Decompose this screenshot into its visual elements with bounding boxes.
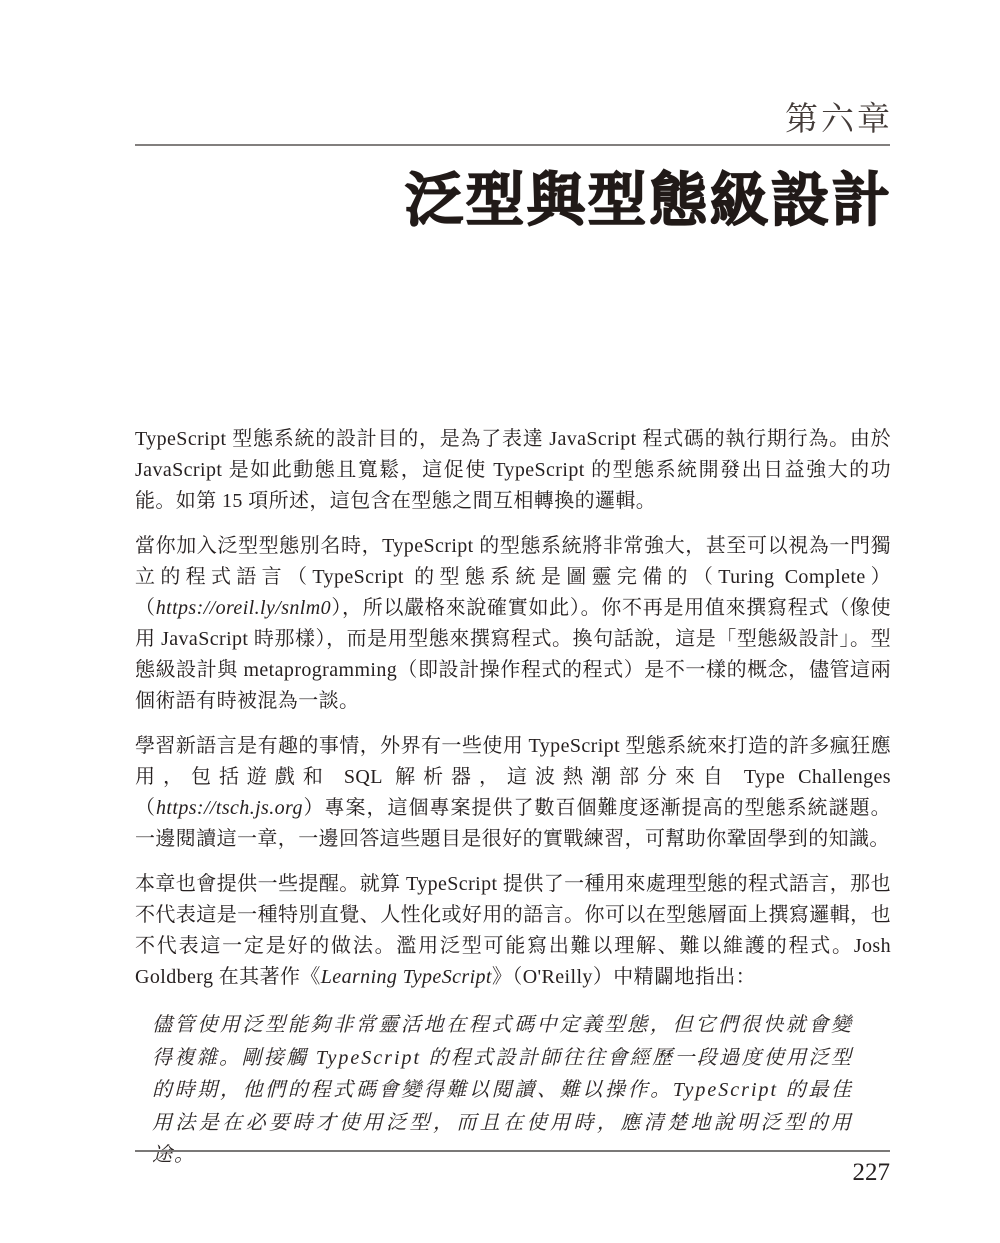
emphasized-text-run: https://tsch.js.org (156, 797, 303, 819)
header-rule (135, 144, 890, 146)
emphasized-text-run: Learning TypeScript (321, 966, 492, 988)
page-footer: 227 (135, 1150, 890, 1188)
paragraph-3: 學習新語言是有趣的事情，外界有一些使用 TypeScript 型態系統來打造的許… (135, 731, 891, 855)
page-number: 227 (135, 1158, 890, 1188)
body-text: TypeScript 型態系統的設計目的，是為了表達 JavaScript 程式… (135, 424, 891, 1172)
book-page: 第六章 泛型與型態級設計 TypeScript 型態系統的設計目的，是為了表達 … (0, 0, 1000, 1243)
text-run: 》（O'Reilly）中精闢地指出： (492, 966, 756, 988)
chapter-title: 泛型與型態級設計 (135, 164, 893, 238)
paragraph-1: TypeScript 型態系統的設計目的，是為了表達 JavaScript 程式… (135, 424, 891, 517)
quotation-block: 儘管使用泛型能夠非常靈活地在程式碼中定義型態，但它們很快就會變得複雜。剛接觸 T… (152, 1009, 853, 1172)
paragraph-4: 本章也會提供一些提醒。就算 TypeScript 提供了一種用來處理型態的程式語… (135, 869, 891, 993)
chapter-number-label: 第六章 (135, 100, 893, 138)
text-run: TypeScript 型態系統的設計目的，是為了表達 JavaScript 程式… (135, 428, 891, 512)
text-run: 儘管使用泛型能夠非常靈活地在程式碼中定義型態，但它們很快就會變得複雜。剛接觸 T… (152, 1014, 853, 1166)
emphasized-text-run: https://oreil.ly/snlm0 (156, 597, 331, 619)
chapter-header: 第六章 泛型與型態級設計 (135, 100, 890, 238)
paragraph-2: 當你加入泛型型態別名時，TypeScript 的型態系統將非常強大，甚至可以視為… (135, 531, 891, 717)
footer-rule (135, 1150, 890, 1152)
